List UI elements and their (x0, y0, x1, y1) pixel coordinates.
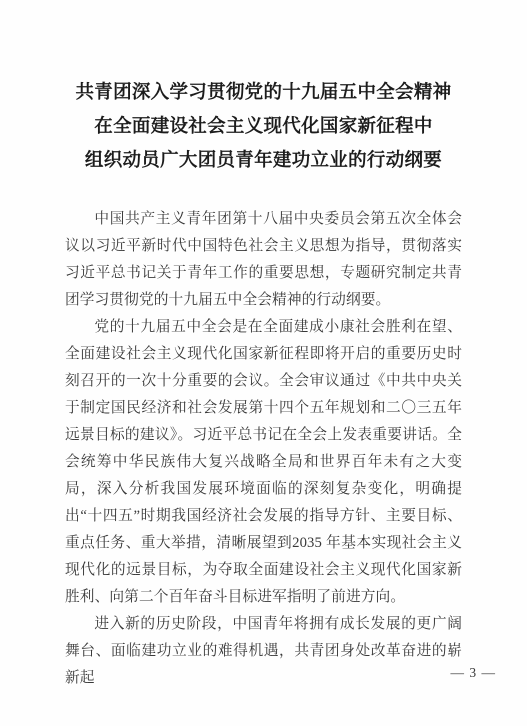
title-line-3: 组织动员广大团员青年建功立业的行动纲要 (65, 144, 462, 178)
page-number: — 3 — (451, 664, 497, 682)
document-body: 中国共产主义青年团第十八届中央委员会第五次全体会议以习近平新时代中国特色社会主义… (65, 206, 462, 692)
paragraph-3: 进入新的历史阶段，中国青年将拥有成长发展的更广阔舞台、面临建功立业的难得机遇，共… (65, 611, 462, 692)
paragraph-2: 党的十九届五中全会是在全面建成小康社会胜利在望、全面建设社会主义现代化国家新征程… (65, 314, 462, 611)
title-line-2: 在全面建设社会主义现代化国家新征程中 (65, 110, 462, 144)
paragraph-1: 中国共产主义青年团第十八届中央委员会第五次全体会议以习近平新时代中国特色社会主义… (65, 206, 462, 314)
title-line-1: 共青团深入学习贯彻党的十九届五中全会精神 (65, 76, 462, 110)
document-page: 共青团深入学习贯彻党的十九届五中全会精神 在全面建设社会主义现代化国家新征程中 … (0, 0, 527, 726)
document-title: 共青团深入学习贯彻党的十九届五中全会精神 在全面建设社会主义现代化国家新征程中 … (65, 76, 462, 178)
